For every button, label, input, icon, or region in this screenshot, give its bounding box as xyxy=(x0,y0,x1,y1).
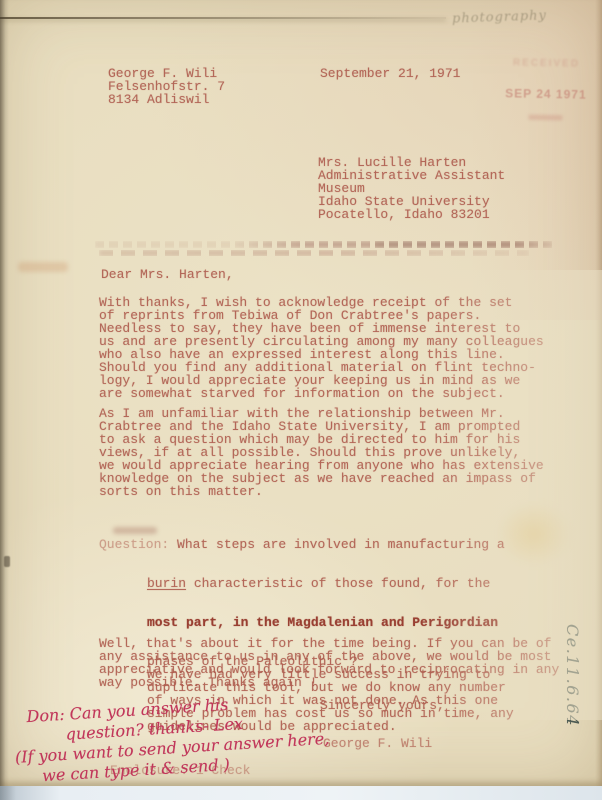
question-label: Question: xyxy=(99,537,169,552)
stamp-line-date: SEP 24 1971 xyxy=(488,86,602,102)
question-margin-smudge xyxy=(113,527,157,534)
question-line-1: What steps are involved in manufacturing… xyxy=(169,537,504,552)
smudge-row xyxy=(95,241,553,248)
smudge-row xyxy=(99,250,529,256)
scanner-bed-strip xyxy=(0,786,602,800)
ink-speck xyxy=(4,556,10,567)
closing: Sincerely yours, xyxy=(320,699,445,712)
left-edge-shadow xyxy=(0,0,9,786)
question-line-3-bold: most part, in the Magdalenian and Perigo… xyxy=(147,616,514,629)
received-stamp: RECEIVED SEP 24 1971 xyxy=(487,57,602,121)
signature-name: George F. Wili xyxy=(323,737,432,750)
burin-underlined-word: burin xyxy=(147,576,186,591)
question-first-line: Question: What steps are involved in man… xyxy=(99,538,514,551)
sender-address: George F. Wili Felsenhofstr. 7 8134 Adli… xyxy=(108,67,225,106)
letter-date: September 21, 1971 xyxy=(320,67,460,80)
margin-smudge xyxy=(18,262,68,272)
stamp-smudge xyxy=(528,115,562,121)
question-line-2-rest: characteristic of those found, for the xyxy=(186,576,490,591)
recipient-address: Mrs. Lucille Harten Administrative Assis… xyxy=(318,156,505,221)
paragraph-4: Well, that's about it for the time being… xyxy=(99,637,559,689)
paragraph-2: As I am unfamiliar with the relationship… xyxy=(99,407,544,498)
question-line-2: burin characteristic of those found, for… xyxy=(147,577,514,590)
stamp-line-received: RECEIVED xyxy=(488,57,602,70)
erased-text-smudge xyxy=(95,241,553,259)
scanned-letter-page: photography RECEIVED SEP 24 1971 George … xyxy=(0,0,602,800)
paragraph-1: With thanks, I wish to acknowledge recei… xyxy=(99,296,544,400)
salutation: Dear Mrs. Harten, xyxy=(101,268,234,281)
sheet-edge-line xyxy=(0,17,446,19)
catalog-number: Ce.11.6.64 xyxy=(563,624,582,736)
